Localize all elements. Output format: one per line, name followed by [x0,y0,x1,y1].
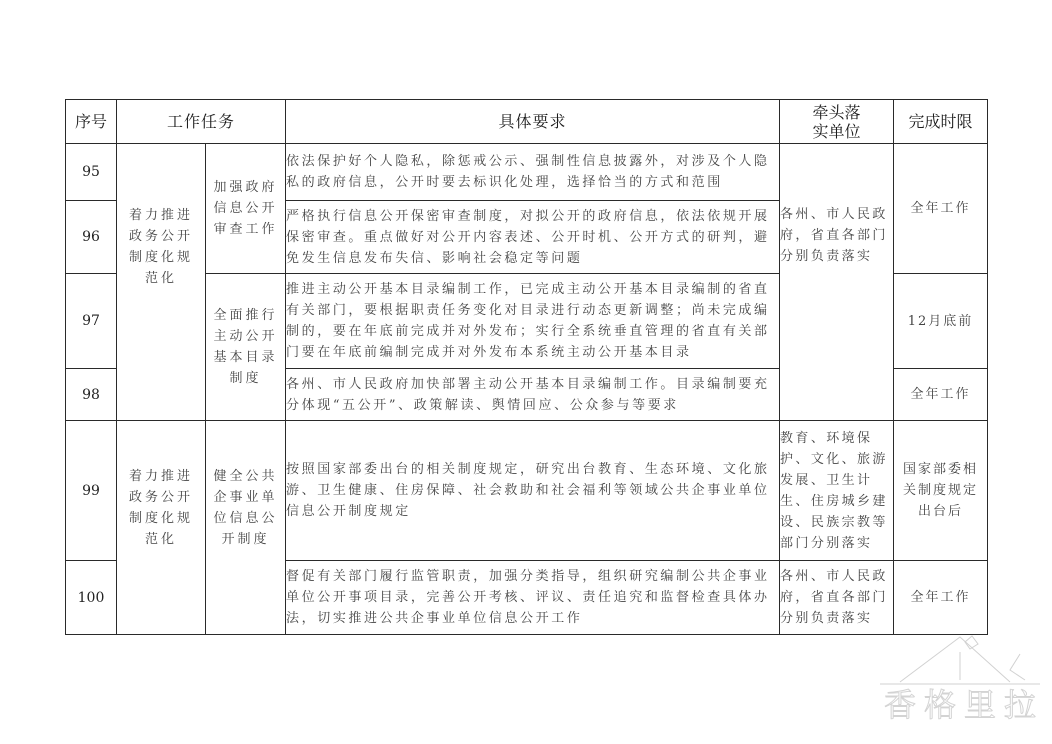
primary-task-label: 着力推进政务公开制度化规范化 [126,466,196,550]
requirement-cell: 推进主动公开基本目录编制工作，已完成主动公开基本目录编制的省直有关部门，要根据职… [286,274,780,369]
header-requirement: 具体要求 [286,100,780,144]
secondary-task-cell: 加强政府信息公开审查工作 [206,144,286,274]
lead-unit-cell: 各州、市人民政府，省直各部门分别负责落实 [780,561,894,635]
lead-unit-cell: 各州、市人民政府，省直各部门分别负责落实 [780,144,894,421]
row-index: 97 [66,274,117,369]
work-task-table: 序号 工作任务 具体要求 牵头落实单位 完成时限 95 着力推进政务公开制度化规… [65,99,988,635]
header-row: 序号 工作任务 具体要求 牵头落实单位 完成时限 [66,100,988,144]
secondary-task-label: 健全公共企事业单位信息公开制度 [213,466,279,550]
requirement-cell: 严格执行信息公开保密审查制度，对拟公开的政府信息，依法依规开展保密审查。重点做好… [286,201,780,274]
deadline-cell: 全年工作 [894,144,988,274]
header-task: 工作任务 [117,100,286,144]
requirement-cell: 督促有关部门履行监管职责，加强分类指导，组织研究编制公共企事业单位公开事项目录，… [286,561,780,635]
header-lead-unit: 牵头落实单位 [780,100,894,144]
row-index: 95 [66,144,117,201]
secondary-task-label: 全面推行主动公开基本目录制度 [213,305,279,389]
table-row: 99 着力推进政务公开制度化规范化 健全公共企事业单位信息公开制度 按照国家部委… [66,421,988,561]
row-index: 100 [66,561,117,635]
deadline-label: 国家部委相关制度规定出台后 [903,459,979,522]
lead-unit-cell: 教育、环境保护、文化、旅游发展、卫生计生、住房城乡建设、民族宗教等部门分别落实 [780,421,894,561]
deadline-cell: 国家部委相关制度规定出台后 [894,421,988,561]
row-index: 98 [66,369,117,421]
requirement-cell: 各州、市人民政府加快部署主动公开基本目录编制工作。目录编制要充分体现“五公开”、… [286,369,780,421]
table-row: 95 着力推进政务公开制度化规范化 加强政府信息公开审查工作 依法保护好个人隐私… [66,144,988,201]
secondary-task-cell: 健全公共企事业单位信息公开制度 [206,421,286,635]
secondary-task-label: 加强政府信息公开审查工作 [213,177,279,240]
header-lead-unit-label: 牵头落实单位 [810,103,864,141]
primary-task-cell: 着力推进政务公开制度化规范化 [117,144,206,421]
header-index: 序号 [66,100,117,144]
deadline-cell: 12月底前 [894,274,988,369]
row-index: 99 [66,421,117,561]
document-page: 序号 工作任务 具体要求 牵头落实单位 完成时限 95 着力推进政务公开制度化规… [0,0,1052,744]
requirement-cell: 依法保护好个人隐私，除惩戒公示、强制性信息披露外，对涉及个人隐私的政府信息，公开… [286,144,780,201]
primary-task-cell: 着力推进政务公开制度化规范化 [117,421,206,635]
primary-task-label: 着力推进政务公开制度化规范化 [126,205,196,289]
row-index: 96 [66,201,117,274]
secondary-task-cell: 全面推行主动公开基本目录制度 [206,274,286,421]
header-deadline: 完成时限 [894,100,988,144]
watermark: 香格里拉 [860,632,1050,742]
deadline-cell: 全年工作 [894,369,988,421]
deadline-cell: 全年工作 [894,561,988,635]
requirement-cell: 按照国家部委出台的相关制度规定，研究出台教育、生态环境、文化旅游、卫生健康、住房… [286,421,780,561]
lead-unit-label: 各州、市人民政府，省直各部门分别负责落实 [780,207,888,264]
watermark-text: 香格里拉 [884,680,1044,726]
